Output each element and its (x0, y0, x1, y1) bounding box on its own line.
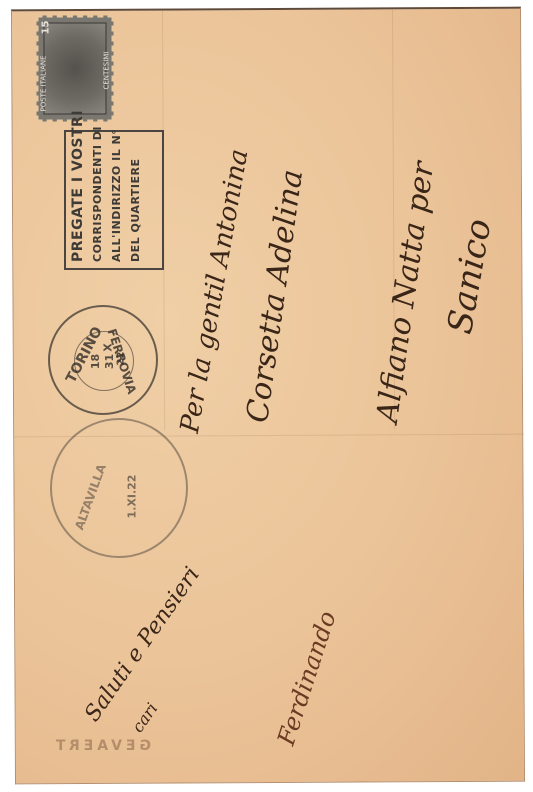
slogan-cancellation: PREGATE I VOSTRI CORRISPONDENTI DI ALL'I… (64, 130, 164, 270)
stamp-portrait (44, 23, 107, 115)
stamp-country: POSTE ITALIANE (40, 55, 48, 111)
slogan-line: PREGATE I VOSTRI (69, 138, 88, 262)
maker-imprint: GEVAERT (52, 738, 151, 754)
postmark-year: 22 (115, 352, 126, 366)
slogan-line: ALL'INDIRIZZO IL N° (107, 138, 126, 262)
stamp-denomination-text: CENTESIMI (103, 52, 111, 90)
postmark-date: 1.XI.22 (125, 475, 138, 519)
slogan-line: DEL QUARTIERE (126, 138, 145, 262)
postmark-month: X (102, 343, 115, 351)
postmark-torino: TORINO FERROVIA 18 31 X 22 (48, 305, 158, 415)
postmark-hour: 18 (89, 354, 102, 369)
postmark-day: 31 (103, 354, 116, 369)
stamp-value: 15 (41, 21, 52, 35)
slogan-line: CORRISPONDENTI DI (88, 138, 107, 262)
postage-stamp: POSTE ITALIANE CENTESIMI 15 (37, 16, 114, 122)
postmark-arrival: ALTAVILLA 1.XI.22 (50, 418, 188, 558)
postmark-office: ALTAVILLA (72, 462, 109, 532)
